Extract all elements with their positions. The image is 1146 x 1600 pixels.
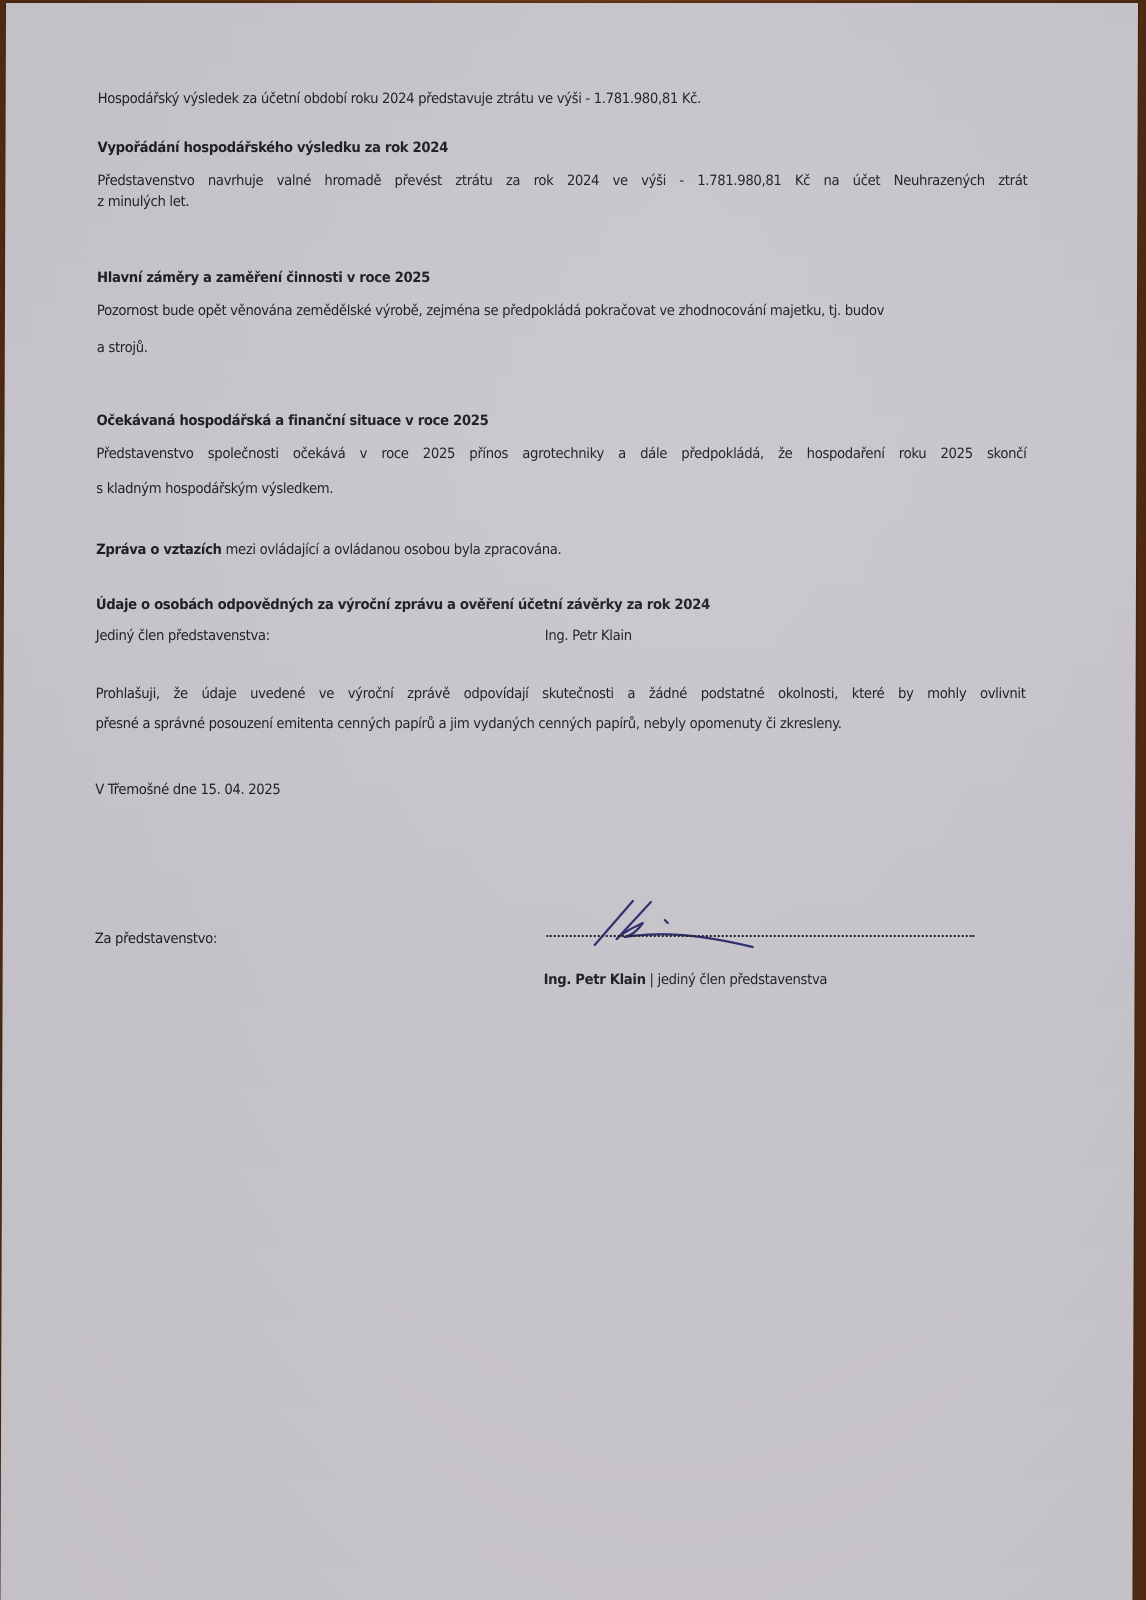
signature-label: Za představenstvo: xyxy=(95,932,217,946)
section-heading-outlook: Očekávaná hospodářská a finanční situace… xyxy=(97,414,489,428)
role-label: Jediný člen představenstva: xyxy=(96,629,270,643)
document-page: Hospodářský výsledek za účetní období ro… xyxy=(0,3,1138,1600)
signature-line xyxy=(547,935,975,937)
signer-role: | jediný člen představenstva xyxy=(646,972,828,988)
role-name: Ing. Petr Klain xyxy=(545,629,632,643)
place-date: V Třemošné dne 15. 04. 2025 xyxy=(95,783,280,797)
section-heading-settlement: Vypořádání hospodářského výsledku za rok… xyxy=(97,141,448,155)
settlement-line-2: z minulých let. xyxy=(97,195,189,209)
handwritten-signature xyxy=(573,871,783,951)
responsible-heading: Údaje o osobách odpovědných za výroční z… xyxy=(96,598,710,612)
signer: Ing. Petr Klain | jediný člen představen… xyxy=(544,973,828,987)
section-heading-plans: Hlavní záměry a zaměření činnosti v roce… xyxy=(97,271,430,285)
signer-name: Ing. Petr Klain xyxy=(544,972,646,988)
relations-report-bold: Zpráva o vztazích xyxy=(96,542,222,558)
relations-report-rest: mezi ovládající a ovládanou osobou byla … xyxy=(222,542,562,558)
outlook-line-1: Představenstvo společnosti očekává v roc… xyxy=(96,447,1026,461)
settlement-line-1: Představenstvo navrhuje valné hromadě př… xyxy=(97,174,1027,188)
result-text: Hospodářský výsledek za účetní období ro… xyxy=(98,91,701,107)
declaration-line-2: přesné a správné posouzení emitenta cenn… xyxy=(95,717,841,731)
outlook-line-2: s kladným hospodářským výsledkem. xyxy=(96,482,333,496)
plans-line-2: a strojů. xyxy=(97,341,148,355)
result-line: Hospodářský výsledek za účetní období ro… xyxy=(98,92,701,106)
declaration-line-1: Prohlašuji, že údaje uvedené ve výroční … xyxy=(96,687,1026,701)
relations-report: Zpráva o vztazích mezi ovládající a ovlá… xyxy=(96,543,561,557)
plans-line-1: Pozornost bude opět věnována zemědělské … xyxy=(97,304,884,318)
